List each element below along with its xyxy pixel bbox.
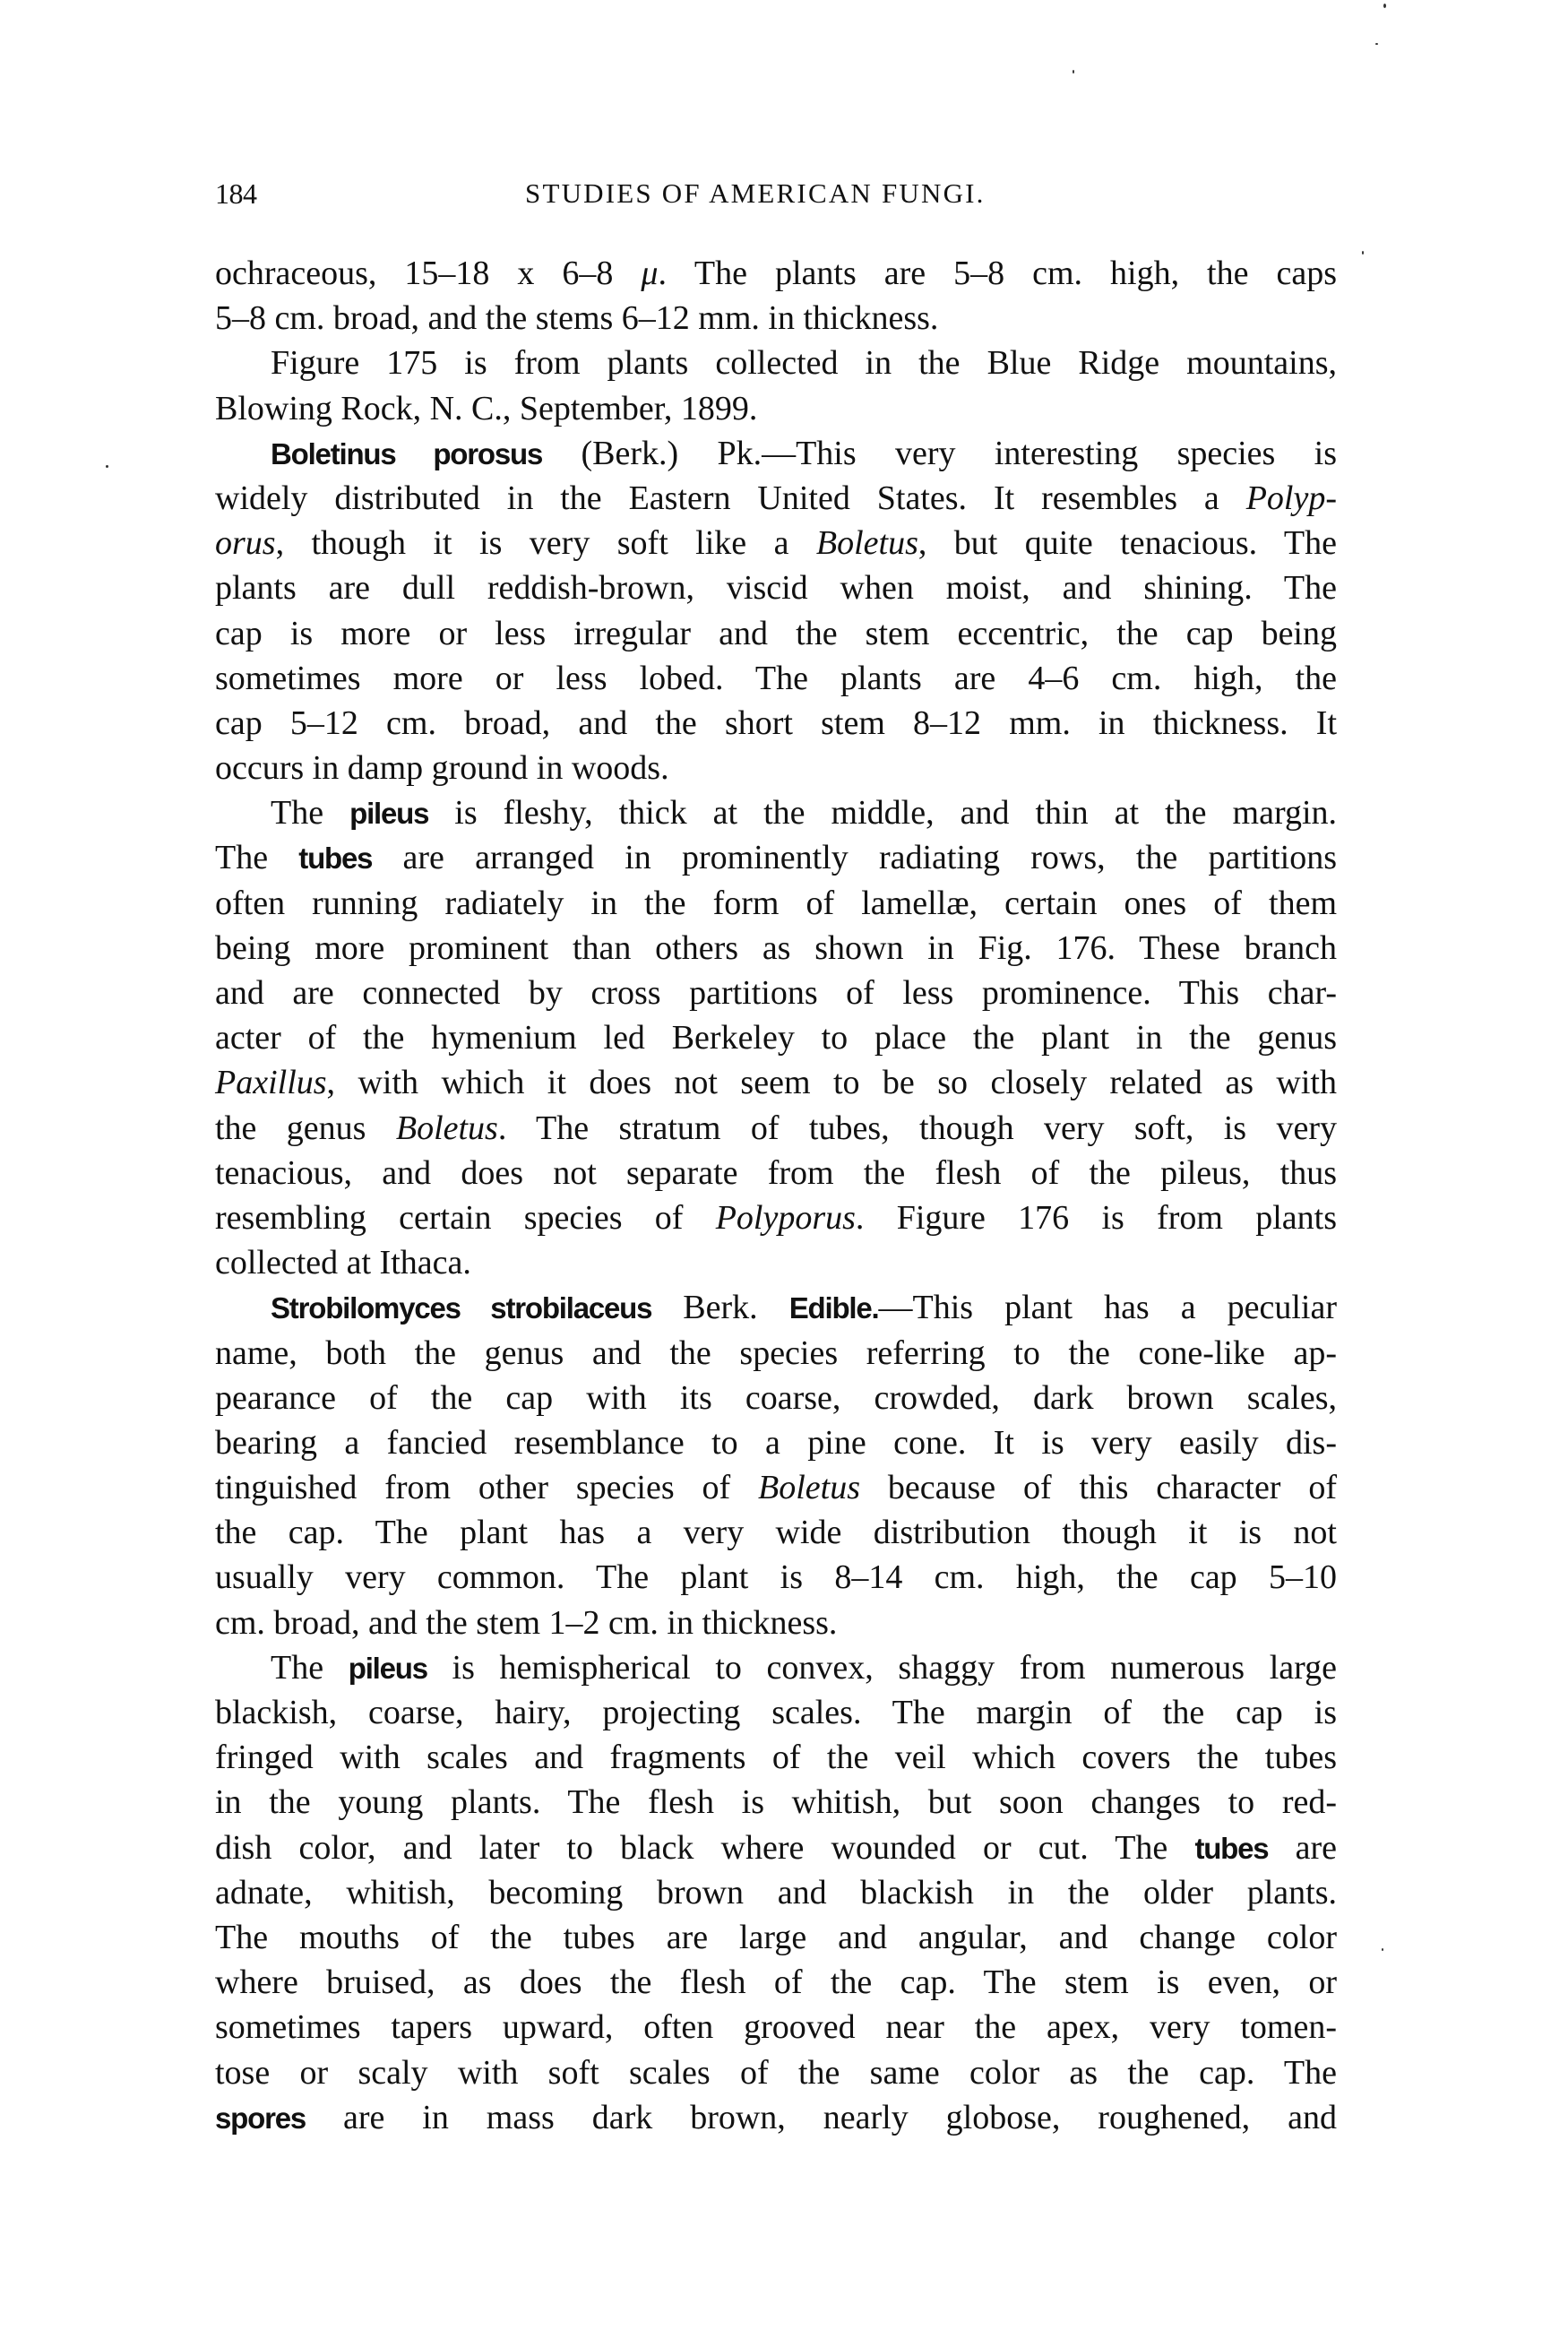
text-line: The mouths of the tubes are large and an…	[215, 1915, 1337, 1960]
text-line: blackish, coarse, hairy, projecting scal…	[215, 1690, 1337, 1735]
text-line: bearing a fancied resemblance to a pine …	[215, 1420, 1337, 1465]
scan-speck	[1375, 43, 1378, 45]
text-line: widely distributed in the Eastern United…	[215, 476, 1337, 521]
scan-speck	[1382, 1948, 1383, 1951]
italic-term: Polyporus	[716, 1199, 856, 1237]
text-run: resembling certain species of	[215, 1199, 716, 1237]
text-run: usually very common. The plant is 8–14 c…	[215, 1558, 1337, 1596]
text-line: the genus Boletus. The stratum of tubes,…	[215, 1106, 1337, 1151]
bold-term: tubes	[1194, 1832, 1268, 1865]
text-line: 5–8 cm. broad, and the stems 6–12 mm. in…	[215, 296, 1337, 341]
text-run: . The stratum of tubes, though very soft…	[498, 1109, 1337, 1147]
text-run: tinguished from other species of	[215, 1469, 758, 1506]
text-line: name, both the genus and the species ref…	[215, 1331, 1337, 1376]
text-line: cap 5–12 cm. broad, and the short stem 8…	[215, 701, 1337, 746]
text-line: fringed with scales and fragments of the…	[215, 1735, 1337, 1780]
running-head: 184 STUDIES OF AMERICAN FUNGI.	[215, 176, 1337, 211]
text-line: ochraceous, 15–18 x 6–8 μ. The plants ar…	[215, 251, 1337, 296]
text-line: occurs in damp ground in woods.	[215, 746, 1337, 790]
scan-speck	[1362, 251, 1364, 255]
scan-speck	[1073, 70, 1074, 73]
italic-term: Boletus	[816, 524, 918, 562]
text-line: sometimes more or less lobed. The plants…	[215, 656, 1337, 701]
text-run: —This plant has a peculiar	[879, 1289, 1337, 1326]
paragraph: ochraceous, 15–18 x 6–8 μ. The plants ar…	[215, 251, 1337, 341]
text-run: bearing a fancied resemblance to a pine …	[215, 1424, 1337, 1462]
text-run: 5–8 cm. broad, and the stems 6–12 mm. in…	[215, 299, 938, 337]
italic-term: Boletus	[396, 1109, 498, 1147]
text-run: Figure 175 is from plants collected in t…	[271, 344, 1337, 382]
text-line: Paxillus, with which it does not seem to…	[215, 1060, 1337, 1105]
text-run: often running radiately in the form of l…	[215, 885, 1337, 922]
bold-term: spores	[215, 2101, 306, 2135]
text-line: orus, though it is very soft like a Bole…	[215, 521, 1337, 565]
text-run: adnate, whitish, becoming brown and blac…	[215, 1874, 1337, 1911]
text-run: because of this character of	[860, 1469, 1337, 1506]
text-line: cap is more or less irregular and the st…	[215, 611, 1337, 656]
paragraph: Boletinus porosus (Berk.) Pk.—This very …	[215, 431, 1337, 791]
italic-term: Boletus	[758, 1469, 860, 1506]
text-line: where bruised, as does the flesh of the …	[215, 1960, 1337, 2005]
text-run: cm. broad, and the stem 1–2 cm. in thick…	[215, 1604, 837, 1642]
text-run: . Figure 176 is from plants	[856, 1199, 1337, 1237]
text-run: acter of the hymenium led Berkeley to pl…	[215, 1019, 1337, 1057]
text-line: Boletinus porosus (Berk.) Pk.—This very …	[215, 431, 1337, 476]
text-run: (Berk.) Pk.—This very interesting specie…	[542, 435, 1337, 472]
text-run: cap 5–12 cm. broad, and the short stem 8…	[215, 704, 1337, 742]
text-line: sometimes tapers upward, often grooved n…	[215, 2005, 1337, 2050]
italic-term: Paxillus	[215, 1064, 327, 1101]
text-line: acter of the hymenium led Berkeley to pl…	[215, 1015, 1337, 1060]
text-line: plants are dull reddish-brown, viscid wh…	[215, 565, 1337, 610]
text-run: widely distributed in the Eastern United…	[215, 479, 1246, 517]
text-run: are	[1268, 1829, 1337, 1867]
text-run: collected at Ithaca.	[215, 1244, 471, 1281]
text-run: in the young plants. The flesh is whitis…	[215, 1783, 1337, 1821]
text-run: plants are dull reddish-brown, viscid wh…	[215, 569, 1337, 607]
text-line: usually very common. The plant is 8–14 c…	[215, 1555, 1337, 1600]
text-run: Blowing Rock, N. C., September, 1899.	[215, 390, 757, 427]
text-line: and are connected by cross partitions of…	[215, 971, 1337, 1015]
bold-term: Edible.	[789, 1291, 879, 1325]
running-title: STUDIES OF AMERICAN FUNGI.	[525, 176, 986, 211]
italic-term: Polyp-	[1246, 479, 1337, 517]
text-line: The pileus is hemispherical to convex, s…	[215, 1645, 1337, 1690]
scan-speck	[106, 465, 108, 468]
text-run: , but quite tenacious. The	[918, 524, 1337, 562]
text-run: name, both the genus and the species ref…	[215, 1334, 1337, 1372]
text-line: The tubes are arranged in prominently ra…	[215, 835, 1337, 880]
bold-term: Boletinus porosus	[271, 437, 542, 470]
text-run: sometimes more or less lobed. The plants…	[215, 660, 1337, 697]
text-run: The mouths of the tubes are large and an…	[215, 1919, 1337, 1956]
paragraph: The pileus is fleshy, thick at the middl…	[215, 790, 1337, 1285]
text-run: blackish, coarse, hairy, projecting scal…	[215, 1694, 1337, 1731]
text-run: the cap. The plant has a very wide distr…	[215, 1514, 1337, 1551]
text-run: and are connected by cross partitions of…	[215, 974, 1337, 1012]
text-run: pearance of the cap with its coarse, cro…	[215, 1379, 1337, 1417]
bold-term: Strobilomyces strobilaceus	[271, 1291, 651, 1325]
text-line: The pileus is fleshy, thick at the middl…	[215, 790, 1337, 835]
text-line: in the young plants. The flesh is whitis…	[215, 1780, 1337, 1825]
bold-term: tubes	[298, 841, 372, 875]
bold-term: pileus	[349, 1652, 427, 1685]
text-run: . The plants are 5–8 cm. high, the caps	[658, 255, 1337, 292]
text-line: Blowing Rock, N. C., September, 1899.	[215, 386, 1337, 431]
italic-term: μ	[641, 255, 658, 292]
text-run: fringed with scales and fragments of the…	[215, 1739, 1337, 1776]
text-line: cm. broad, and the stem 1–2 cm. in thick…	[215, 1601, 1337, 1645]
text-run: ochraceous, 15–18 x 6–8	[215, 255, 641, 292]
book-page: 184 STUDIES OF AMERICAN FUNGI. ochraceou…	[0, 0, 1568, 2330]
text-line: spores are in mass dark brown, nearly gl…	[215, 2095, 1337, 2140]
text-run: The	[271, 1649, 349, 1687]
text-run: tose or scaly with soft scales of the sa…	[215, 2054, 1337, 2092]
scan-speck	[1383, 4, 1386, 8]
text-line: collected at Ithaca.	[215, 1240, 1337, 1285]
text-run: being more prominent than others as show…	[215, 929, 1337, 967]
text-line: being more prominent than others as show…	[215, 926, 1337, 971]
text-run: Berk.	[651, 1289, 788, 1326]
text-run: is hemispherical to convex, shaggy from …	[427, 1649, 1337, 1687]
text-run: the genus	[215, 1109, 396, 1147]
body-text: ochraceous, 15–18 x 6–8 μ. The plants ar…	[215, 251, 1337, 2140]
text-line: adnate, whitish, becoming brown and blac…	[215, 1870, 1337, 1915]
text-run: , with which it does not seem to be so c…	[327, 1064, 1337, 1101]
text-line: often running radiately in the form of l…	[215, 881, 1337, 926]
text-line: Figure 175 is from plants collected in t…	[215, 341, 1337, 385]
page-number: 184	[215, 176, 257, 211]
text-line: Strobilomyces strobilaceus Berk. Edible.…	[215, 1285, 1337, 1330]
italic-term: orus	[215, 524, 276, 562]
paragraph: The pileus is hemispherical to convex, s…	[215, 1645, 1337, 2140]
text-line: dish color, and later to black where wou…	[215, 1825, 1337, 1870]
text-line: the cap. The plant has a very wide distr…	[215, 1510, 1337, 1555]
text-run: occurs in damp ground in woods.	[215, 749, 669, 787]
text-line: pearance of the cap with its coarse, cro…	[215, 1376, 1337, 1420]
text-run: tenacious, and does not separate from th…	[215, 1154, 1337, 1192]
text-run: The	[215, 839, 298, 876]
text-line: tenacious, and does not separate from th…	[215, 1151, 1337, 1195]
text-run: dish color, and later to black where wou…	[215, 1829, 1194, 1867]
text-run: , though it is very soft like a	[276, 524, 816, 562]
text-run: cap is more or less irregular and the st…	[215, 615, 1337, 652]
bold-term: pileus	[349, 797, 428, 830]
text-line: tose or scaly with soft scales of the sa…	[215, 2050, 1337, 2095]
text-run: are arranged in prominently radiating ro…	[372, 839, 1337, 876]
text-run: is fleshy, thick at the middle, and thin…	[428, 794, 1337, 832]
text-line: resembling certain species of Polyporus.…	[215, 1195, 1337, 1240]
text-run: are in mass dark brown, nearly globose, …	[306, 2099, 1337, 2136]
text-run: The	[271, 794, 349, 832]
text-run: sometimes tapers upward, often grooved n…	[215, 2008, 1337, 2046]
text-line: tinguished from other species of Boletus…	[215, 1465, 1337, 1510]
paragraph: Figure 175 is from plants collected in t…	[215, 341, 1337, 430]
paragraph: Strobilomyces strobilaceus Berk. Edible.…	[215, 1285, 1337, 1645]
text-run: where bruised, as does the flesh of the …	[215, 1963, 1337, 2001]
